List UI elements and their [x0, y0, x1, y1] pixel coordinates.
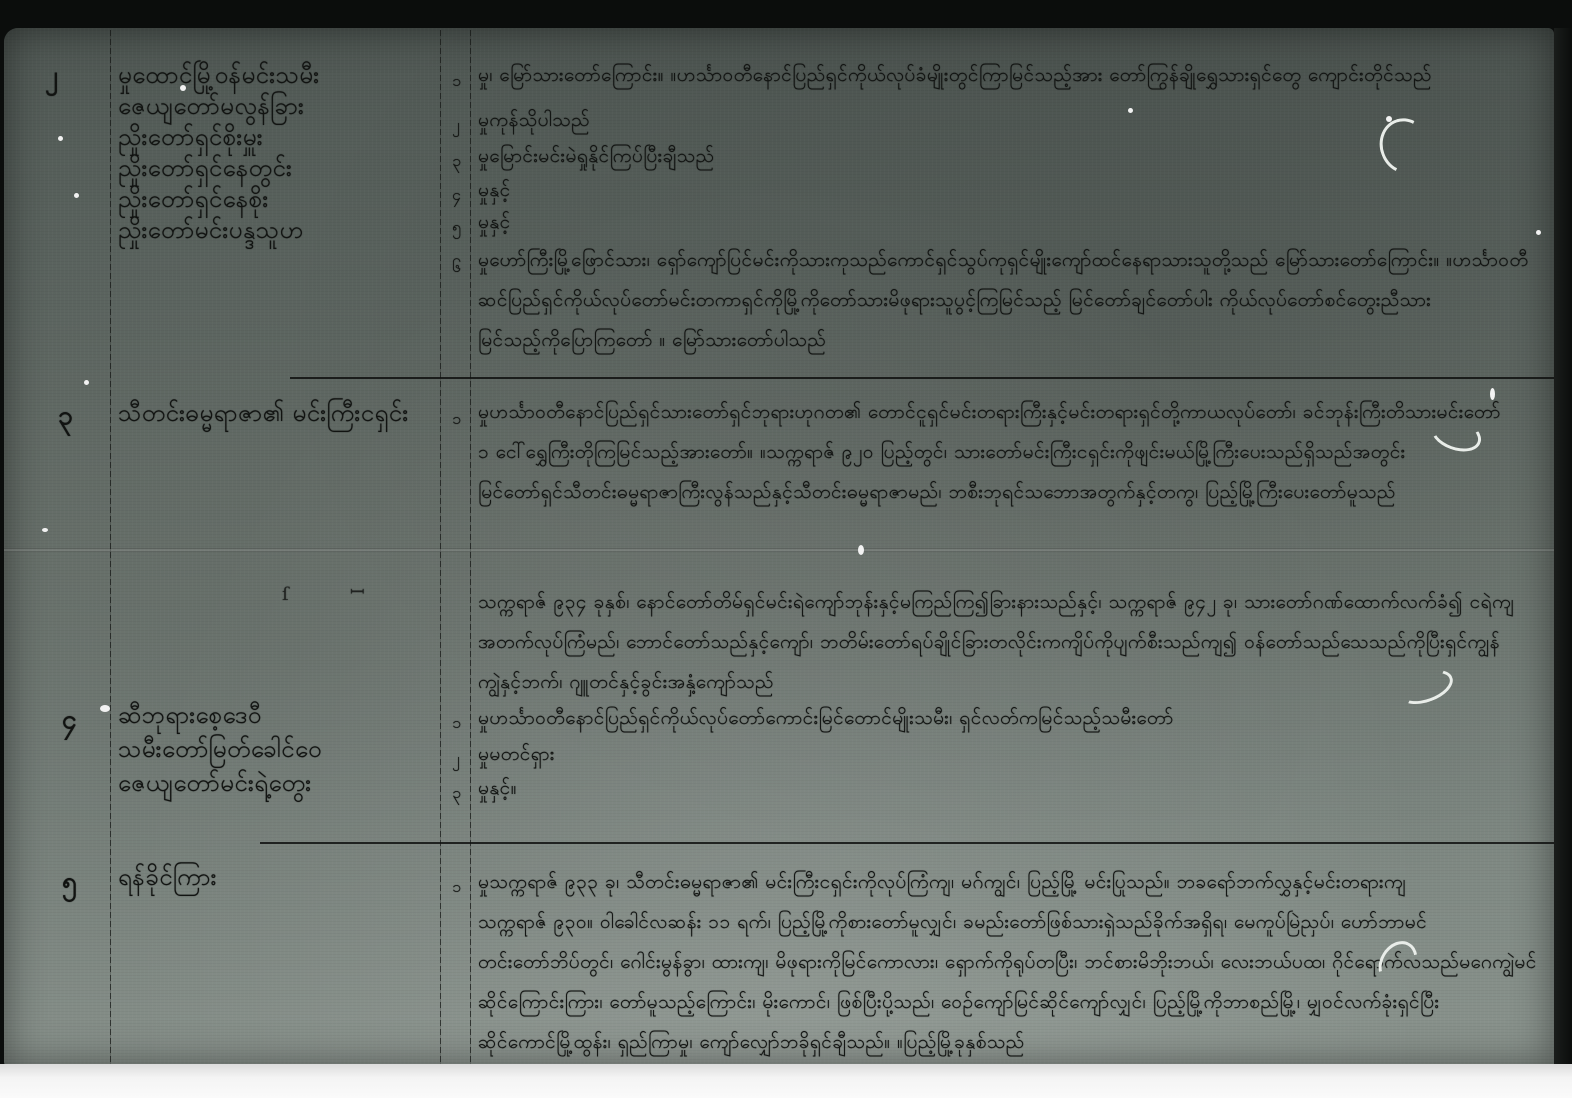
desc-line: မှုဟင်္သာဝတီနောင်ပြည်ရှင်သားတော်ရှင်ဘုရာ…	[478, 392, 1538, 432]
item-number: ၁	[452, 712, 462, 736]
desc-line: မြင်သည့်ကိုပြောကြတော် ။ မြော်သားတော်ပါသည…	[478, 320, 1538, 360]
desc-line: မှုမြောင်းမင်းမဲရှုနိုင်ကြပ်ပြီးချီသည်	[478, 136, 715, 176]
item-description: မှုကုန်သိုပါသည်	[478, 100, 590, 140]
desc-line: မှု၊ မြော်သားတော်ကြောင်း။ ။ဟင်္သာဝတီနောင…	[478, 55, 1538, 95]
page-fold-crease	[4, 548, 1554, 552]
desc-line: ဆိုင်ကောင်မြို့ထွန်း၊ ရှည်ကြာမှု၊ ကျော်လ…	[478, 1022, 1538, 1062]
item-number: ၁	[452, 70, 462, 94]
desc-line: မှုသက္ကရာဇ် ၉၃၃ ခု၊ သီတင်းဓမ္မရာဇာ၏ မင်း…	[478, 862, 1538, 902]
film-speck	[1128, 108, 1133, 113]
name-column-rule	[440, 30, 441, 1064]
item-number: ၂	[452, 748, 460, 772]
desc-line: ကျွဲနှင့်ဘက်၊ ဂျူတင်နှင့်ခွင်းအနှံ့ကျော်…	[478, 662, 1538, 702]
film-speck	[74, 193, 79, 198]
film-speck	[58, 136, 63, 141]
item-description: မှုဟော်ကြီးမြို့ဖြောင်သား၊ ရှော်ကျော်ပြင…	[478, 240, 1538, 360]
item-number: ၃	[452, 150, 462, 174]
item-description: မှုမြောင်းမင်းမဲရှုနိုင်ကြပ်ပြီးချီသည်	[478, 136, 715, 176]
film-speck	[84, 380, 89, 385]
desc-line: မှုနှင့်။	[478, 768, 517, 808]
desc-line: မြင်တော်ရှင်သီတင်းဓမ္မရာဇာကြီးလွန်သည်နှင…	[478, 472, 1538, 512]
entry-name-column: ရန်ခိုင်ကြား	[118, 862, 217, 893]
name-line: ညှိုးတော်ရှင်နေစိုး	[118, 184, 320, 215]
name-line: ဆီဘုရားစေ့ဒေဝီ	[118, 698, 322, 732]
name-line: ညှိုးတော်ရှင်စိုးမှူး	[118, 122, 320, 153]
item-description: သက္ကရာဇ် ၉၃၄ ခုနှစ်၊ နောင်တော်တိမ်ရှင်မင…	[478, 582, 1538, 702]
marginal-numeral: ၅	[62, 864, 77, 903]
desc-line: သက္ကရာဇ် ၉၃၀။ ဝါခေါင်လဆန်း ၁၁ ရက်၊ ပြည့်…	[478, 902, 1538, 942]
marginal-numeral: ၄	[62, 702, 77, 741]
item-number: ၄	[452, 184, 462, 208]
name-line: ဇေယျတော်မင်းရဲ့တွေး	[118, 766, 322, 800]
faint-pencil-mark: ꟷ	[350, 580, 365, 604]
desc-line: ဆင်ပြည်ရှင်ကိုယ်လုပ်တော်မင်းတကာရှင်ကိုမြ…	[478, 280, 1538, 320]
film-speck	[1490, 388, 1495, 400]
entry-name-column: သီတင်းဓမ္မရာဇာ၏ မင်းကြီးငရှင်း	[118, 398, 409, 429]
item-description: မှုဟင်္သာဝတီနောင်ပြည်ရှင်သားတော်ရှင်ဘုရာ…	[478, 392, 1538, 512]
desc-line: မှုကုန်သိုပါသည်	[478, 100, 590, 140]
film-speck	[180, 85, 186, 91]
film-speck	[858, 545, 864, 555]
item-number: ၂	[452, 114, 460, 138]
item-description: မှု၊ မြော်သားတော်ကြောင်း။ ။ဟင်္သာဝတီနောင…	[478, 55, 1538, 95]
name-line: ညှိုးတော်ရှင်နေတွင်း	[118, 153, 320, 184]
desc-line: မှုဟင်္သာဝတီနောင်ပြည်ရှင်ကိုယ်လုပ်တော်ကေ…	[478, 698, 1538, 738]
photo-bottom-margin	[0, 1064, 1572, 1098]
name-line: ညှိုးတော်မင်းပန္ဒသူဟ	[118, 215, 320, 246]
entry-divider-1	[290, 377, 1554, 379]
desc-line: ဆိုင်ကြောင်းကြား၊ တော်မူသည့်ကြောင်း၊ မို…	[478, 982, 1538, 1022]
item-description: မှုဟင်္သာဝတီနောင်ပြည်ရှင်ကိုယ်လုပ်တော်ကေ…	[478, 698, 1538, 738]
name-line: သမီးတော်မြတ်ခေါင်ဝေ	[118, 732, 322, 766]
name-line: သီတင်းဓမ္မရာဇာ၏ မင်းကြီးငရှင်း	[118, 398, 409, 429]
desc-line: ၁ ငေါ်ရွှေကြီးတိုကြမြင်သည့်အားတော်။ ။သက္…	[478, 432, 1538, 472]
item-number: ၆	[452, 256, 462, 280]
margin-rule	[110, 30, 111, 1064]
desc-line: သက္ကရာဇ် ၉၃၄ ခုနှစ်၊ နောင်တော်တိမ်ရှင်မင…	[478, 582, 1538, 622]
item-description: မှုနှင့်	[478, 202, 511, 242]
desc-line: အတက်လုပ်ကြံမည်၊ ဘောင်တော်သည်နှင့်ကျော်၊ …	[478, 622, 1538, 662]
entry-divider-2	[260, 842, 1554, 844]
marginal-numeral: ၂	[45, 58, 58, 97]
item-number-rule	[470, 30, 471, 1064]
entry-name-column: မှုထောင်မြို့ဝန်မင်းသမီး ဇေယျတော်မလွန်ခြ…	[118, 60, 320, 246]
desc-line: မှုဟော်ကြီးမြို့ဖြောင်သား၊ ရှော်ကျော်ပြင…	[478, 240, 1538, 280]
page-edge-shadow	[1554, 28, 1572, 1068]
item-number: ၃	[452, 782, 462, 806]
marginal-numeral: ၃	[58, 398, 73, 437]
film-speck	[1536, 230, 1541, 235]
item-number: ၁	[452, 876, 462, 900]
desc-line: မှုနှင့်	[478, 202, 511, 242]
item-description: မှုနှင့်။	[478, 768, 517, 808]
film-speck	[42, 528, 48, 532]
name-line: ဇေယျတော်မလွန်ခြား	[118, 91, 320, 122]
film-speck	[100, 705, 110, 712]
entry-name-column: ဆီဘုရားစေ့ဒေဝီ သမီးတော်မြတ်ခေါင်ဝေ ဇေယျတ…	[118, 698, 322, 800]
item-number: ၁	[452, 408, 462, 432]
name-line: ရန်ခိုင်ကြား	[118, 862, 217, 893]
item-number: ၅	[452, 216, 462, 240]
faint-pencil-mark: ſ	[282, 584, 289, 605]
name-line: မှုထောင်မြို့ဝန်မင်းသမီး	[118, 60, 320, 91]
